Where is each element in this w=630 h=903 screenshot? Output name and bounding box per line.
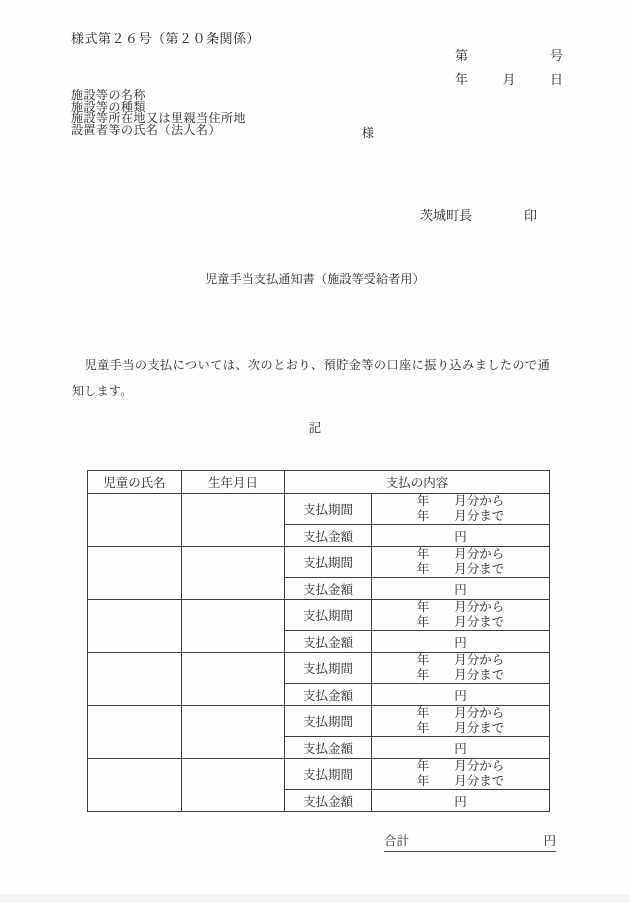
table-header-row: 児童の氏名 生年月日 支払の内容 xyxy=(88,471,550,494)
seal-mark: 印 xyxy=(524,205,537,224)
payment-period-label: 支払期間 xyxy=(285,706,372,737)
period-to-line: 年 月分まで xyxy=(372,774,549,789)
payment-amount-label: 支払金額 xyxy=(285,790,372,812)
form-number: 様式第２６号（第２０条関係） xyxy=(71,28,260,47)
document-page: 様式第２６号（第２０条関係） 第 号 年 月 日 施設等の名称 施設等の種類 施… xyxy=(0,0,630,903)
payment-period-value: 年 月分から年 月分まで xyxy=(372,494,550,525)
child-name-cell xyxy=(88,759,182,812)
body-paragraph: 児童手当の支払については、次のとおり、預貯金等の口座に振り込みましたので通知しま… xyxy=(72,352,550,404)
child-name-cell xyxy=(88,706,182,759)
honorific-sama: 様 xyxy=(362,124,374,141)
period-from-line: 年 月分から xyxy=(372,600,549,615)
payment-period-label: 支払期間 xyxy=(285,759,372,790)
payment-amount-label: 支払金額 xyxy=(285,525,372,547)
child-name-cell xyxy=(88,653,182,706)
payment-amount-label: 支払金額 xyxy=(285,578,372,600)
payment-row-period: 支払期間年 月分から年 月分まで xyxy=(88,547,550,578)
payment-amount-value: 円 xyxy=(372,525,550,547)
payment-amount-value: 円 xyxy=(372,631,550,653)
document-title: 児童手当支払通知書（施設等受給者用） xyxy=(0,270,630,287)
payment-amount-value: 円 xyxy=(372,737,550,759)
header-birth-date: 生年月日 xyxy=(182,471,285,494)
child-name-cell xyxy=(88,494,182,547)
payment-row-period: 支払期間年 月分から年 月分まで xyxy=(88,494,550,525)
birth-date-cell xyxy=(182,547,285,600)
payment-period-value: 年 月分から年 月分まで xyxy=(372,547,550,578)
doc-number-line: 第 号 xyxy=(455,48,563,72)
payment-period-label: 支払期間 xyxy=(285,653,372,684)
payment-amount-value: 円 xyxy=(372,578,550,600)
payment-period-label: 支払期間 xyxy=(285,547,372,578)
doc-number-block: 第 号 年 月 日 xyxy=(455,48,563,96)
child-name-cell xyxy=(88,547,182,600)
payment-table-body: 支払期間年 月分から年 月分まで支払金額円支払期間年 月分から年 月分まで支払金… xyxy=(88,494,550,812)
birth-date-cell xyxy=(182,600,285,653)
birth-date-cell xyxy=(182,653,285,706)
total-line: 合計 円 xyxy=(384,831,556,852)
payment-period-label: 支払期間 xyxy=(285,600,372,631)
doc-number-suffix: 号 xyxy=(550,48,563,72)
founder-name-label: 設置者等の氏名（法人名） xyxy=(71,125,246,137)
birth-date-cell xyxy=(182,494,285,547)
section-marker-ki: 記 xyxy=(0,418,630,436)
date-line: 年 月 日 xyxy=(455,72,563,96)
payment-row-period: 支払期間年 月分から年 月分まで xyxy=(88,706,550,737)
payment-period-value: 年 月分から年 月分まで xyxy=(372,653,550,684)
payment-amount-value: 円 xyxy=(372,790,550,812)
period-from-line: 年 月分から xyxy=(372,547,549,562)
payment-amount-label: 支払金額 xyxy=(285,737,372,759)
header-child-name: 児童の氏名 xyxy=(88,471,182,494)
total-unit: 円 xyxy=(543,831,556,849)
payment-amount-label: 支払金額 xyxy=(285,684,372,706)
payment-amount-label: 支払金額 xyxy=(285,631,372,653)
period-from-line: 年 月分から xyxy=(372,653,549,668)
period-to-line: 年 月分まで xyxy=(372,615,549,630)
date-year-label: 年 xyxy=(455,72,468,96)
period-to-line: 年 月分まで xyxy=(372,668,549,683)
period-from-line: 年 月分から xyxy=(372,759,549,774)
doc-number-prefix: 第 xyxy=(455,48,468,72)
birth-date-cell xyxy=(182,706,285,759)
issuer-block: 茨城町長 印 xyxy=(420,205,537,224)
period-to-line: 年 月分まで xyxy=(372,509,549,524)
period-to-line: 年 月分まで xyxy=(372,562,549,577)
payment-period-value: 年 月分から年 月分まで xyxy=(372,600,550,631)
period-from-line: 年 月分から xyxy=(372,494,549,509)
payment-amount-value: 円 xyxy=(372,684,550,706)
total-label: 合計 xyxy=(384,831,409,849)
period-from-line: 年 月分から xyxy=(372,706,549,721)
child-name-cell xyxy=(88,600,182,653)
payment-period-value: 年 月分から年 月分まで xyxy=(372,759,550,790)
payment-row-period: 支払期間年 月分から年 月分まで xyxy=(88,653,550,684)
payment-table: 児童の氏名 生年月日 支払の内容 支払期間年 月分から年 月分まで支払金額円支払… xyxy=(87,470,550,812)
header-payment-content: 支払の内容 xyxy=(285,471,550,494)
birth-date-cell xyxy=(182,759,285,812)
payment-row-period: 支払期間年 月分から年 月分まで xyxy=(88,759,550,790)
date-month-label: 月 xyxy=(502,72,515,96)
period-to-line: 年 月分まで xyxy=(372,721,549,736)
payment-period-value: 年 月分から年 月分まで xyxy=(372,706,550,737)
issuer-name: 茨城町長 xyxy=(420,205,472,224)
date-day-label: 日 xyxy=(550,72,563,96)
payment-period-label: 支払期間 xyxy=(285,494,372,525)
recipient-block: 施設等の名称 施設等の種類 施設等所在地又は里親当住所地 設置者等の氏名（法人名… xyxy=(71,90,246,136)
payment-row-period: 支払期間年 月分から年 月分まで xyxy=(88,600,550,631)
page-bottom-edge xyxy=(0,894,630,903)
